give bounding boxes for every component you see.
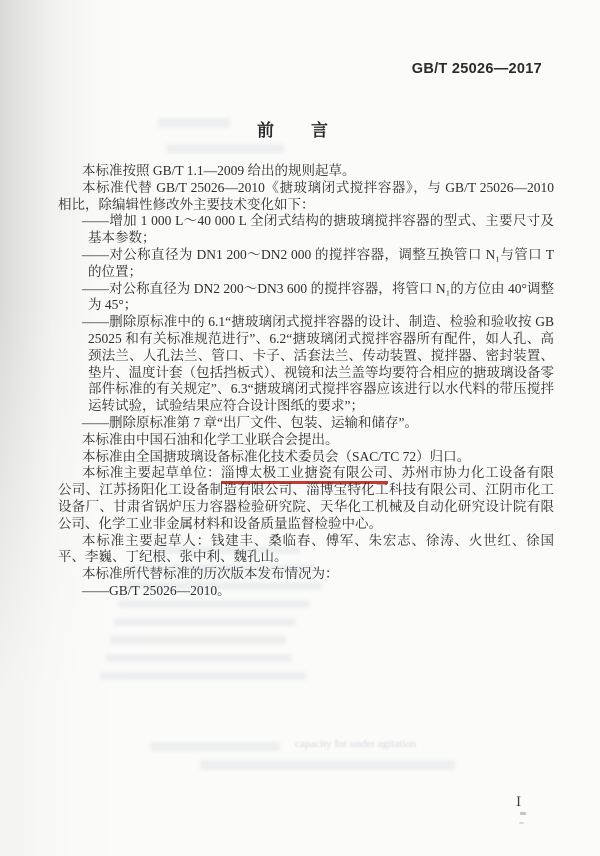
paragraph-centralized-by: 本标准由全国搪玻璃设备标准化技术委员会（SAC/TC 72）归口。 [58, 449, 554, 466]
bleed-through-line [114, 618, 296, 626]
bleed-through-line [106, 654, 292, 662]
paragraph-proposed-by: 本标准由中国石油和化学工业联合会提出。 [58, 432, 554, 449]
paragraph-previous-editions: 本标准所代替标准的历次版本发布情况为： [58, 566, 554, 583]
change-item-4: ——删除原标准中的 6.1“搪玻璃闭式搅拌容器的设计、制造、检验和验收按 GB … [58, 314, 554, 415]
foreword-body: 本标准按照 GB/T 1.1—2009 给出的规则起草。 本标准代替 GB/T … [58, 163, 554, 600]
previous-edition-item: ——GB/T 25026—2010。 [58, 583, 554, 600]
bleed-through-line [100, 672, 306, 680]
standard-code: GB/T 25026—2017 [412, 61, 542, 77]
bleed-through-english-text: capacity for under agitation [295, 738, 416, 750]
scan-speck [520, 812, 526, 815]
bleed-through-line [200, 760, 455, 770]
change-item-5: ——删除原标准第 7 章“出厂文件、包装、运输和储存”。 [58, 415, 554, 432]
change-item-1: ——增加 1 000 L～40 000 L 全闭式结构的搪玻璃搅拌容器的型式、主… [58, 213, 554, 247]
scan-speck [519, 822, 524, 824]
bleed-through-line [166, 144, 284, 153]
bleed-through-line [110, 636, 286, 644]
scanned-standard-page: GB/T 25026—2017 前 言 本标准按照 GB/T 1.1—2009 … [0, 0, 600, 856]
page-title: 前 言 [0, 116, 586, 141]
bleed-through-line [150, 742, 280, 751]
change-item-2: ——对公称直径为 DN1 200～DN2 000 的搅拌容器，调整互换管口 N₁… [58, 247, 554, 281]
bleed-through-line [118, 600, 310, 608]
drafting-units-prefix: 本标准主要起草单位： [82, 465, 221, 480]
paragraph-replacement-note: 本标准代替 GB/T 25026—2010《搪玻璃闭式搅拌容器》，与 GB/T … [58, 180, 554, 214]
page-number: Ⅰ [516, 794, 521, 810]
paragraph-drafters: 本标准主要起草人：钱建丰、桑临春、傅军、朱宏志、徐涛、火世红、徐国平、李巍、丁纪… [58, 533, 554, 567]
paragraph-drafting-units: 本标准主要起草单位：淄博太极工业搪瓷有限公司、苏州市协力化工设备有限公司、江苏扬… [58, 465, 554, 532]
paragraph-drafting-rule: 本标准按照 GB/T 1.1—2009 给出的规则起草。 [58, 163, 554, 180]
change-item-3: ——对公称直径为 DN2 200～DN3 600 的搅拌容器，将管口 N₁的方位… [58, 281, 554, 315]
